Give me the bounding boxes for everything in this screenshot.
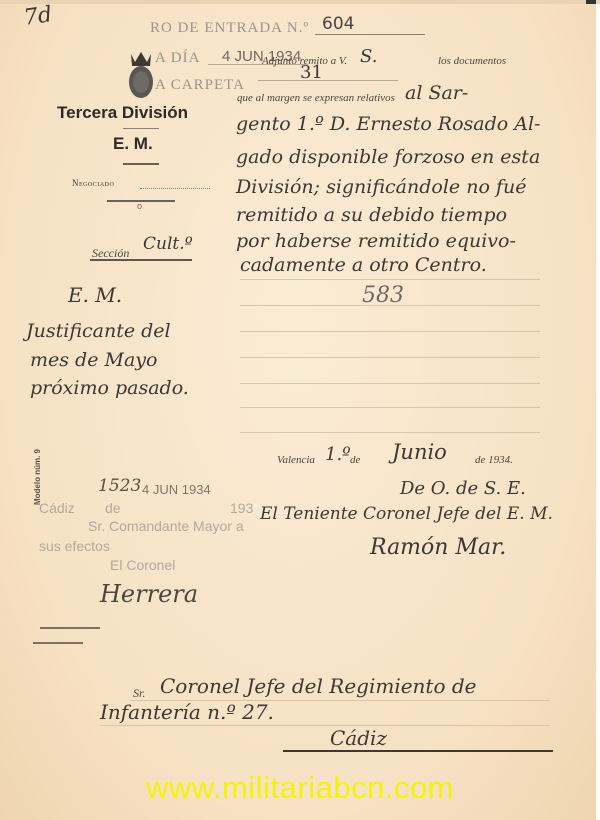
ruled-line [240, 331, 540, 332]
division-title: Tercera División [57, 103, 188, 123]
body-handwritten-line: al Sar- [405, 82, 468, 104]
registry-number-line [315, 34, 425, 36]
margin-note: Justificante del [26, 320, 171, 342]
document-page: 7d RO DE ENTRADA N.º 604 A DÍA 4 JUN 193… [0, 0, 600, 820]
body-handwritten-line: gento 1.º D. Ernesto Rosado Al- [236, 113, 540, 135]
ruled-line [240, 407, 540, 408]
watermark: www.militariabcn.com [0, 770, 600, 806]
addressee-line1: Coronel Jefe del Regimiento de [160, 674, 477, 698]
body-handwritten-line: por haberse remitido equivo- [236, 230, 516, 252]
registry-stamp-number-label: RO DE ENTRADA N.º [150, 20, 309, 37]
registry-day-label: A DÍA [155, 50, 200, 67]
body-printed-line2: que al margen se expresan relativos [237, 92, 395, 104]
negociado-line [140, 188, 210, 190]
registry-number: 604 [322, 14, 354, 34]
closing-month: Junio [392, 440, 447, 464]
signature-2: Herrera [100, 580, 198, 608]
body-printed-suffix: los documentos [438, 55, 506, 67]
top-edge [0, 0, 600, 4]
negociado-label: Negociado [72, 178, 114, 188]
addressee-line [100, 725, 550, 726]
dash-mark [33, 642, 83, 644]
ruled-line [240, 432, 540, 433]
margin-note: próximo pasado. [30, 377, 189, 399]
corner-note: 7d [22, 2, 53, 31]
margin-note: E. M. [68, 283, 122, 307]
unit-title: E. M. [113, 134, 153, 154]
ruled-line [240, 279, 540, 280]
closing-place: Valencia [277, 454, 315, 466]
lower-stamp-coronel: El Coronel [110, 557, 175, 573]
registry-folder-label: A CARPETA [155, 77, 245, 94]
header-divider-2 [123, 163, 159, 165]
closing-day: 1.º [325, 444, 351, 465]
registry-folder-line [258, 80, 398, 81]
center-note: 583 [362, 283, 404, 308]
closing-de: de [350, 454, 360, 466]
lower-stamp-193: 193 [230, 500, 253, 516]
lower-stamp-efectos: sus efectos [39, 538, 110, 554]
divider-ornament: o [137, 201, 142, 211]
addressee-line2: Infantería n.º 27. [100, 700, 274, 724]
ruled-line [240, 357, 540, 358]
body-printed-prefix: Adjunto remito a V. [262, 55, 347, 67]
dash-mark [40, 627, 100, 629]
body-handwritten-line: remitido a su debido tiempo [236, 204, 507, 226]
addressee-city-underline [283, 750, 553, 752]
coat-of-arms-icon [127, 50, 155, 100]
closing-line1: De O. de S. E. [400, 478, 526, 499]
closing-year: de 1934. [475, 454, 513, 466]
lower-stamp-comandante: Sr. Comandante Mayor a [88, 518, 244, 534]
ruled-line [240, 383, 540, 384]
seccion-underline [90, 259, 192, 261]
addressee-prefix: Sr. [133, 686, 145, 701]
lower-stamp-city: Cádiz [39, 500, 75, 516]
signature-1: Ramón Mar. [370, 535, 506, 560]
lower-stamp-number: 1523 [98, 476, 141, 496]
top-edge-corner [586, 0, 596, 4]
body-recipient: S. [360, 46, 377, 67]
lower-stamp-de: de [105, 500, 121, 516]
margin-note: mes de Mayo [30, 349, 157, 371]
seccion-value: Cult.º [143, 234, 193, 254]
body-handwritten-line: gado disponible forzoso en esta [236, 146, 540, 168]
body-handwritten-line: División; significándole no fué [236, 176, 526, 198]
closing-line2: El Teniente Coronel Jefe del E. M. [260, 504, 553, 524]
addressee-city: Cádiz [330, 726, 387, 750]
model-number-label: Modelo núm. 9 [33, 449, 42, 505]
lower-stamp-date: 4 JUN 1934 [142, 482, 211, 497]
header-divider-1 [123, 128, 159, 129]
body-handwritten-line: cadamente a otro Centro. [240, 254, 487, 276]
